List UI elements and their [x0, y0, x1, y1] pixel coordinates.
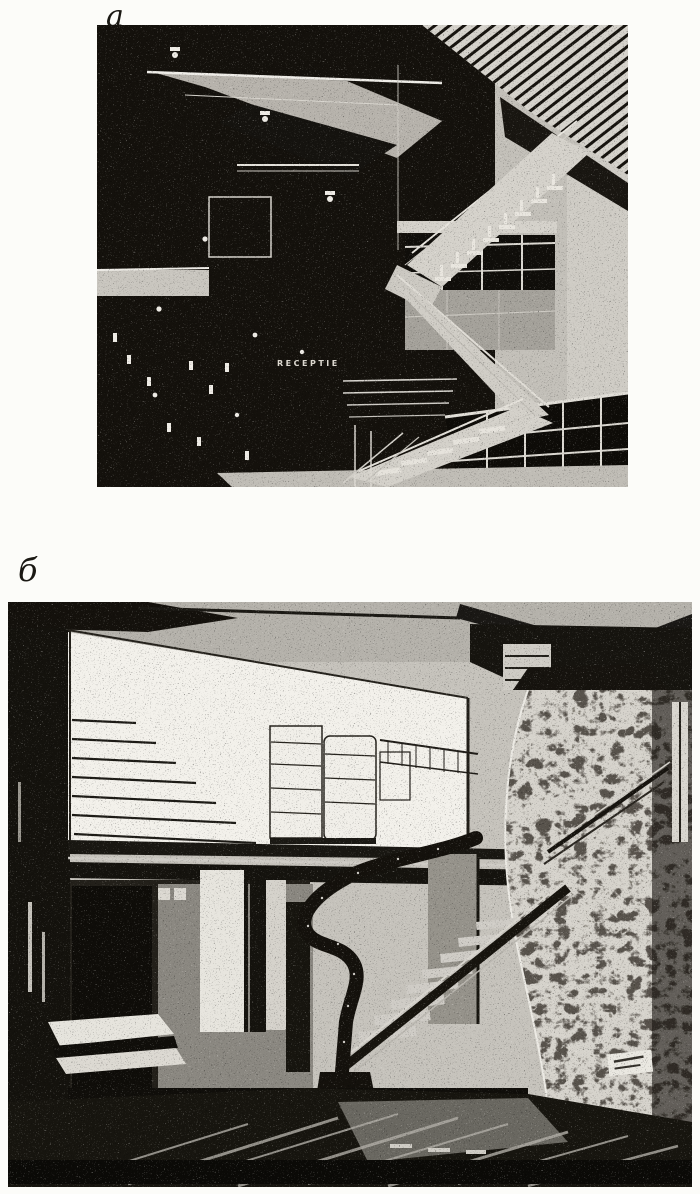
figure-label-b: б	[18, 554, 38, 586]
photo-top-zigzag-staircase: RECEPTIE	[97, 25, 628, 487]
halftone-grain	[97, 25, 628, 487]
receptie-sign-text: RECEPTIE	[277, 359, 340, 368]
halftone-grain-b	[8, 602, 692, 1187]
photo-bottom-curved-staircase	[8, 602, 692, 1187]
book-page: a	[0, 0, 700, 1194]
